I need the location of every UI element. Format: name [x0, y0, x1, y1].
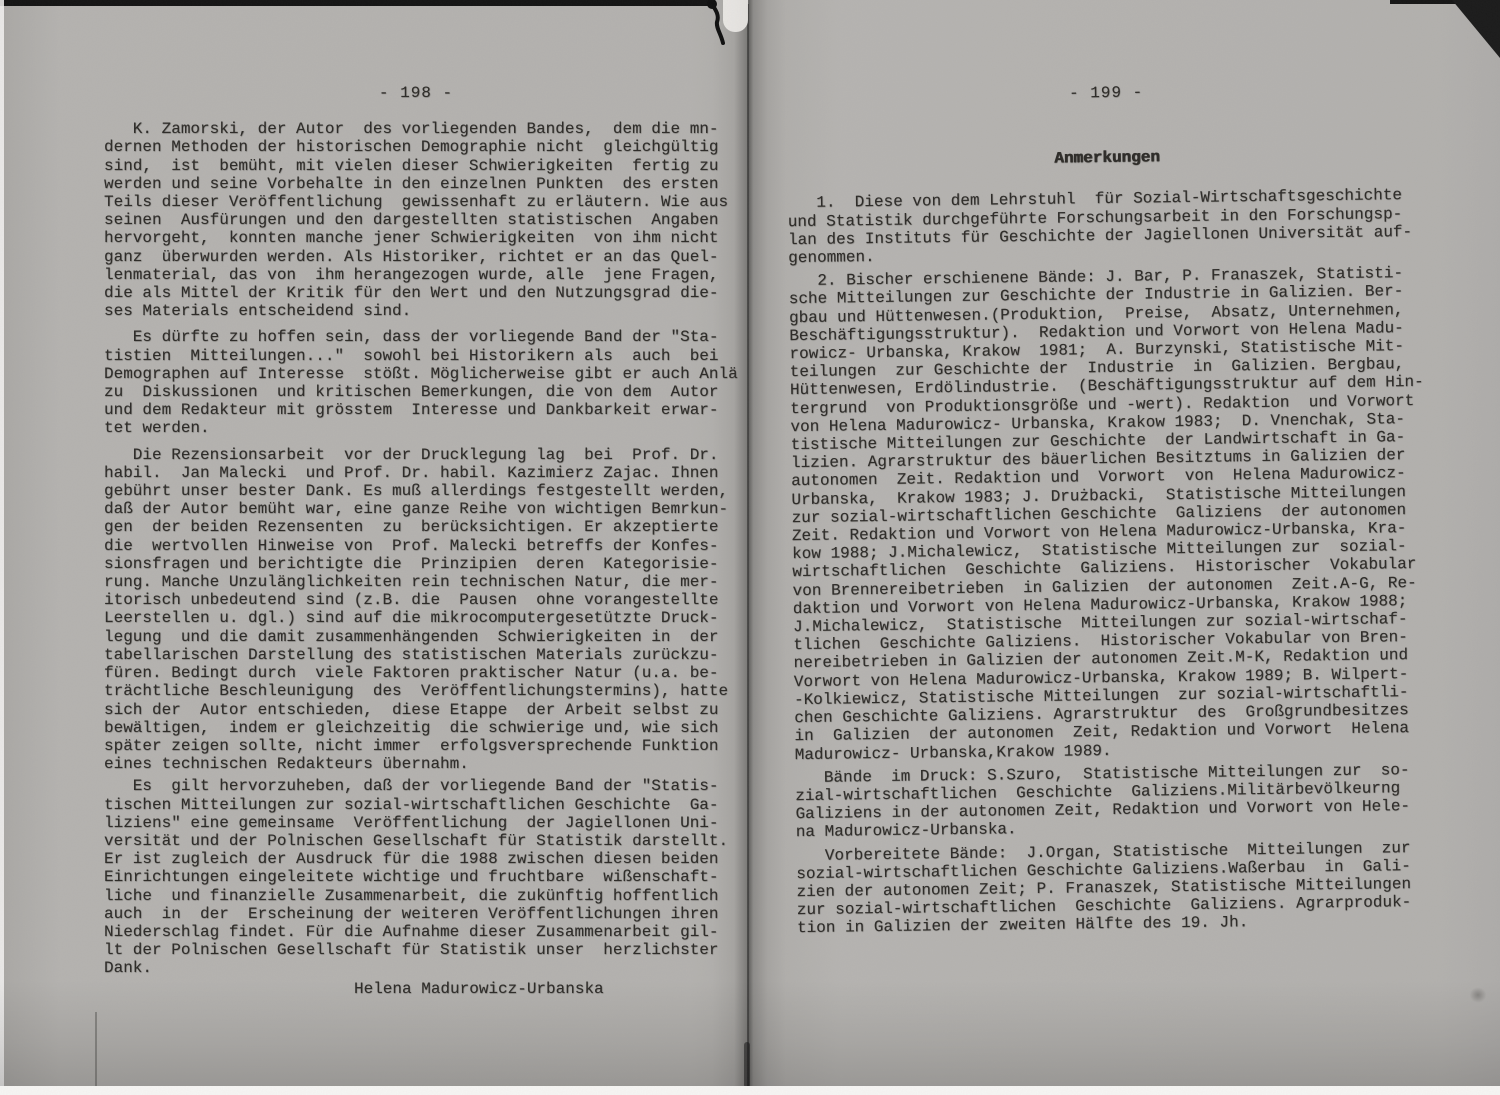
smudge-stain — [1466, 984, 1490, 1006]
page-number: - 198 - — [104, 84, 728, 102]
gutter-bottom-ink-blot — [744, 1042, 750, 1088]
right-page: - 199 - Anmerkungen 1. Diese von dem Leh… — [786, 80, 1437, 938]
paragraph: K. Zamorski, der Autor des vorliegenden … — [104, 120, 728, 320]
signature: Helena Madurowicz-Urbanska — [354, 980, 728, 998]
notes-heading: Anmerkungen — [787, 145, 1427, 172]
gutter-crease-line — [747, 4, 749, 1086]
page-number: - 199 - — [786, 80, 1426, 107]
paragraph: Es gilt hervorzuheben, daß der vorliegen… — [104, 777, 728, 977]
footnote: Vorbereitete Bände: J.Organ, Statistisch… — [796, 838, 1437, 937]
paragraph: Die Rezensionsarbeit vor der Drucklegung… — [104, 446, 728, 774]
footnote: Bände im Druck: S.Szuro, Statistische Mi… — [795, 760, 1436, 841]
footnote: 2. Bischer erschienene Bände: J. Bar, P.… — [788, 264, 1434, 764]
left-edge-strip — [0, 0, 4, 1095]
corner-fold-shadow — [1452, 0, 1500, 58]
crease-mark — [95, 1012, 97, 1086]
scanned-book-spread: - 198 - K. Zamorski, der Autor des vorli… — [0, 0, 1500, 1095]
top-edge-scan-border — [0, 0, 712, 6]
ink-mark — [693, 0, 753, 54]
top-right-edge-scan-border — [1390, 0, 1500, 4]
paper-notch-highlight — [723, 0, 748, 32]
footnote: 1. Diese von dem Lehrstuhl für Sozial-Wi… — [787, 186, 1428, 267]
bottom-edge-strip — [0, 1086, 1500, 1095]
paragraph: Es dürfte zu hoffen sein, dass der vorli… — [104, 328, 728, 437]
left-page: - 198 - K. Zamorski, der Autor des vorli… — [104, 84, 728, 998]
